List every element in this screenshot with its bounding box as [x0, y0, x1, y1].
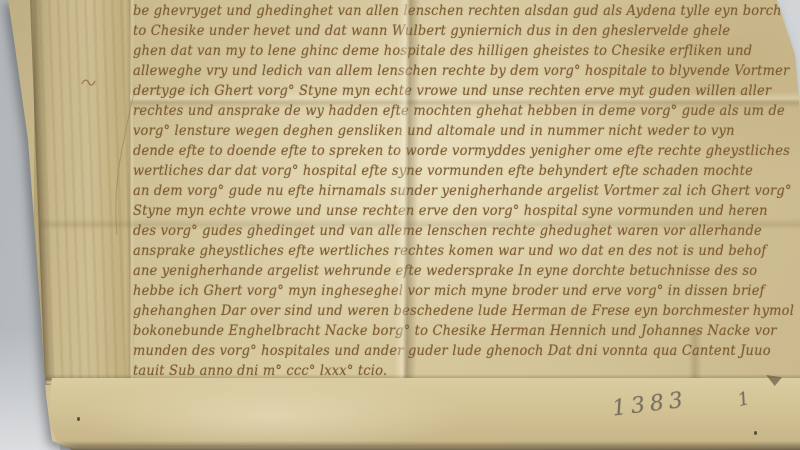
parchment-hole [77, 417, 80, 421]
manuscript-line: ane yenigherhande argelist wehrunde efte… [133, 262, 794, 283]
manuscript-line: be ghevryget und ghedinghet van allen le… [133, 2, 794, 23]
photograph-of-parchment-charter: be ghevryget und ghedinghet van allen le… [0, 0, 800, 450]
manuscript-line: wertliches dar dat vorg° hospital efte s… [133, 162, 794, 183]
manuscript-line: hebbe ich Ghert vorg° myn ingheseghel vo… [133, 282, 794, 303]
manuscript-line: to Chesike under hevet und dat wann Wulb… [133, 22, 794, 43]
margin-ink-marks [0, 0, 220, 300]
manuscript-line: dertyge ich Ghert vorg° Styne myn echte … [133, 82, 794, 103]
manuscript-line: an dem vorg° gude nu efte hirnamals sund… [133, 182, 794, 203]
manuscript-line: ansprake gheystliches efte wertliches re… [133, 242, 794, 263]
parchment-shadow-wrap: be ghevryget und ghedinghet van allen le… [0, 0, 800, 450]
manuscript-line: ghen dat van my to lene ghinc deme hospi… [133, 42, 794, 63]
bottom-edge-shadow [40, 441, 800, 450]
manuscript-line: des vorg° gudes ghedinget und van alleme… [133, 222, 794, 243]
manuscript-line: alleweghe vry und ledich van allem lensc… [133, 62, 794, 83]
margin-scratch-line [116, 92, 134, 235]
manuscript-line: rechtes und ansprake de wy hadden efte m… [133, 102, 794, 123]
parchment-document: be ghevryget und ghedinghet van allen le… [0, 0, 800, 450]
parchment-hole [754, 431, 757, 435]
manuscript-line: Styne myn echte vrowe und unse rechten e… [133, 202, 794, 223]
margin-ink-squiggle [82, 80, 95, 85]
manuscript-line: ghehanghen Dar over sind und weren besch… [133, 302, 794, 323]
manuscript-line: vorg° lensture wegen deghen gensliken un… [133, 122, 794, 143]
manuscript-line: dende efte to doende efte to spreken to … [133, 142, 794, 163]
